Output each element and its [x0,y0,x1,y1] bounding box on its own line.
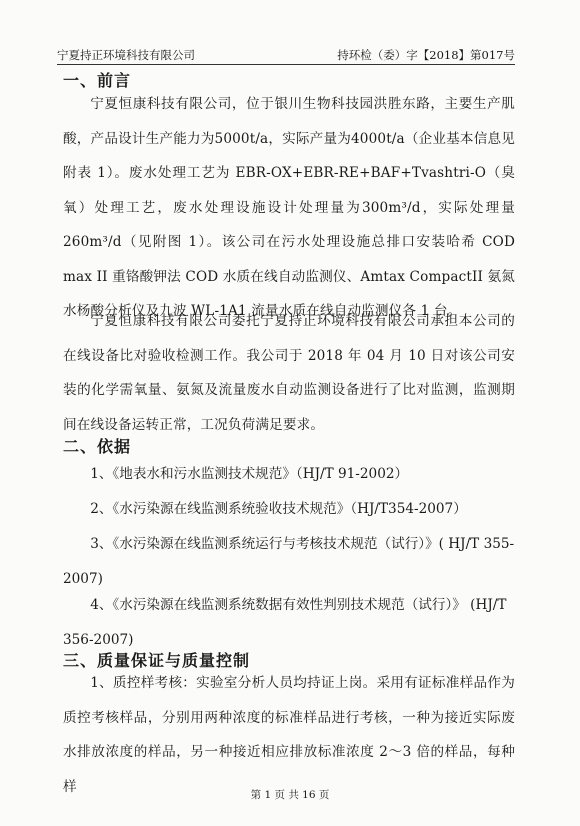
page-header: 宁夏持正环境科技有限公司 持环检（委）字【2018】第017号 [57,47,515,65]
quality-paragraph-1: 1、质控样考核：实验室分析人员均持证上岗。采用有证标准样品作为质控考核样品，分别… [63,666,515,804]
preface-paragraph-1: 宁夏恒康科技有限公司，位于银川生物科技园洪胜东路，主要生产肌酸，产品设计生产能力… [63,87,515,329]
basis-item-4: 4、《水污染源在线监测系统数据有效性判别技术规范（试行）》 (HJ/T 356-… [63,588,515,657]
basis-item-3: 3、《水污染源在线监测系统运行与考核技术规范（试行）》( HJ/T 355-20… [63,527,515,596]
header-doc-number: 持环检（委）字【2018】第017号 [337,47,515,63]
section-title-basis: 二、依据 [63,434,131,457]
preface-paragraph-2: 宁夏恒康科技有限公司委托宁夏持正环境科技有限公司承担本公司的在线设备比对验收检测… [63,304,515,442]
page-footer: 第 1 页 共 16 页 [0,787,580,802]
basis-item-1: 1、《地表水和污水监测技术规范》（HJ/T 91-2002） [63,457,515,492]
document-page: 宁夏持正环境科技有限公司 持环检（委）字【2018】第017号 一、前言 宁夏恒… [0,0,580,826]
header-company: 宁夏持正环境科技有限公司 [57,47,195,63]
basis-item-2: 2、《水污染源在线监测系统验收技术规范》（HJ/T354-2007） [63,492,515,527]
